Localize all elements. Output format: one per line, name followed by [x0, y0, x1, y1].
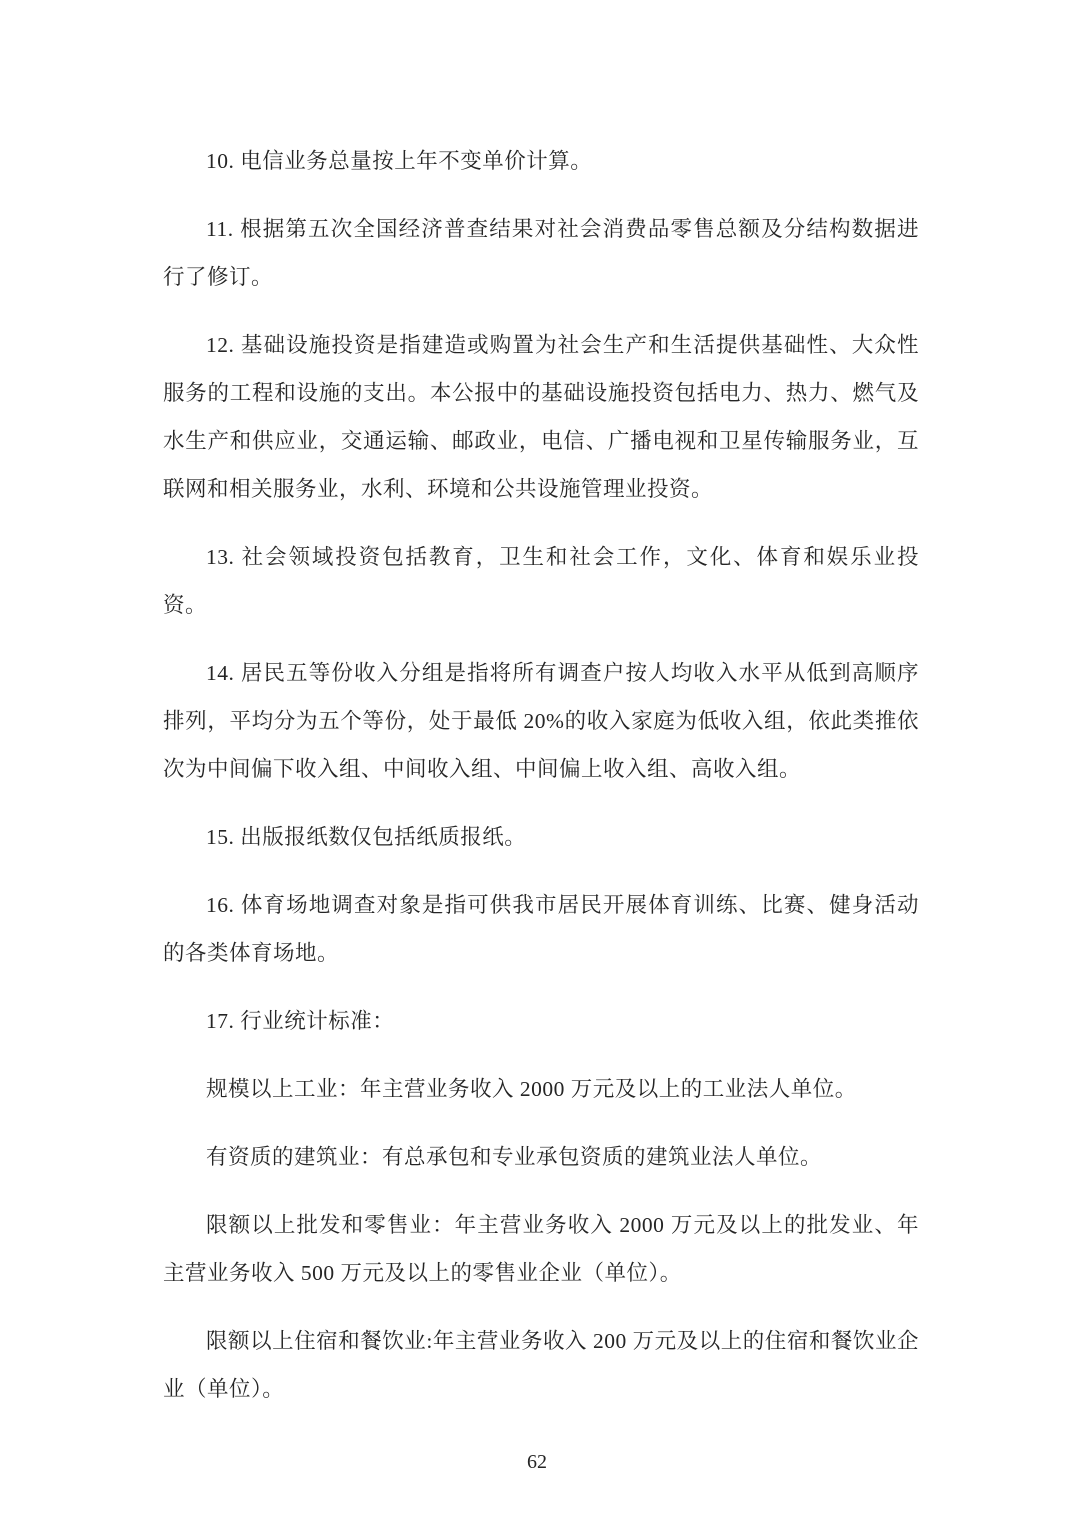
industry-standard-above-scale-industry: 规模以上工业：年主营业务收入 2000 万元及以上的工业法人单位。: [163, 1065, 919, 1113]
note-paragraph-15: 15. 出版报纸数仅包括纸质报纸。: [163, 813, 919, 861]
document-body: 10. 电信业务总量按上年不变单价计算。 11. 根据第五次全国经济普查结果对社…: [163, 137, 919, 1433]
note-paragraph-14: 14. 居民五等份收入分组是指将所有调查户按人均收入水平从低到高顺序排列，平均分…: [163, 649, 919, 793]
note-paragraph-16: 16. 体育场地调查对象是指可供我市居民开展体育训练、比赛、健身活动的各类体育场…: [163, 881, 919, 977]
industry-standard-wholesale-retail: 限额以上批发和零售业：年主营业务收入 2000 万元及以上的批发业、年主营业务收…: [163, 1201, 919, 1297]
note-paragraph-17: 17. 行业统计标准：: [163, 997, 919, 1045]
page-number: 62: [0, 1450, 1074, 1474]
note-paragraph-13: 13. 社会领域投资包括教育，卫生和社会工作，文化、体育和娱乐业投资。: [163, 533, 919, 629]
note-paragraph-12: 12. 基础设施投资是指建造或购置为社会生产和生活提供基础性、大众性服务的工程和…: [163, 321, 919, 513]
industry-standard-lodging-catering: 限额以上住宿和餐饮业:年主营业务收入 200 万元及以上的住宿和餐饮业企业（单位…: [163, 1317, 919, 1413]
industry-standard-qualified-construction: 有资质的建筑业：有总承包和专业承包资质的建筑业法人单位。: [163, 1133, 919, 1181]
note-paragraph-10: 10. 电信业务总量按上年不变单价计算。: [163, 137, 919, 185]
note-paragraph-11: 11. 根据第五次全国经济普查结果对社会消费品零售总额及分结构数据进行了修订。: [163, 205, 919, 301]
document-page: 10. 电信业务总量按上年不变单价计算。 11. 根据第五次全国经济普查结果对社…: [0, 0, 1074, 1520]
